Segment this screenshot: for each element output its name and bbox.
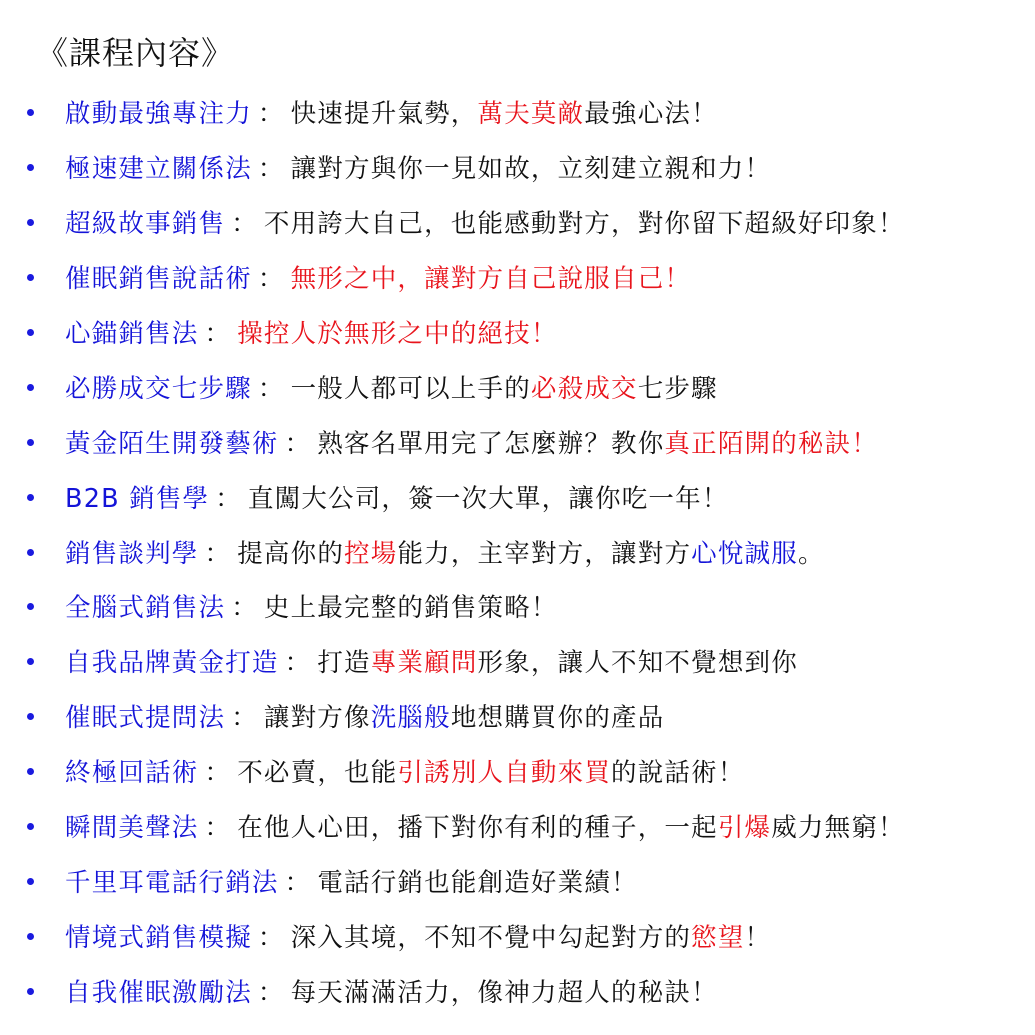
bullet-icon — [27, 219, 34, 226]
title-separator: ： — [252, 154, 291, 184]
title-separator: ： — [225, 593, 264, 623]
title-separator: ： — [252, 374, 291, 404]
course-title: 催眠銷售說話術 — [65, 264, 252, 294]
title-separator: ： — [199, 319, 238, 349]
description-text: 。 — [798, 539, 825, 569]
description-text: 地想購買你的產品 — [451, 703, 665, 733]
bullet-icon — [27, 384, 34, 391]
title-separator: ： — [252, 264, 291, 294]
course-item-text: 銷售談判學：提高你的控場能力，主宰對方，讓對方心悅誠服。 — [65, 534, 825, 570]
course-item-text: 啟動最強專注力：快速提升氣勢，萬夫莫敵最強心法！ — [65, 94, 718, 130]
description-text: 讓對方與你一見如故，立刻建立親和力！ — [291, 154, 772, 184]
description-text: 一般人都可以上手的 — [291, 374, 531, 404]
title-separator: ： — [199, 758, 238, 788]
title-separator: ： — [199, 813, 238, 843]
bullet-icon — [27, 933, 34, 940]
course-title: 銷售談判學 — [65, 539, 199, 569]
description-text: ！ — [745, 923, 772, 953]
bullet-icon — [27, 823, 34, 830]
course-item-text: 黃金陌生開發藝術：熟客名單用完了怎麼辦？教你真正陌開的秘訣！ — [65, 424, 878, 460]
description-text: 的說話術！ — [611, 758, 745, 788]
bullet-icon — [27, 658, 34, 665]
course-title: 心錨銷售法 — [65, 319, 199, 349]
page-heading: 《課程內容》 — [36, 28, 234, 78]
highlighted-text: 專業顧問 — [371, 648, 478, 678]
description-text: 深入其境，不知不覺中勾起對方的 — [291, 923, 692, 953]
description-text: 史上最完整的銷售策略！ — [264, 593, 558, 623]
bullet-icon — [27, 109, 34, 116]
course-item-text: 極速建立關係法：讓對方與你一見如故，立刻建立親和力！ — [65, 149, 771, 185]
highlighted-text: 必殺成交 — [531, 374, 638, 404]
description-text: 打造 — [317, 648, 370, 678]
description-text: 提高你的 — [237, 539, 344, 569]
title-separator: ： — [252, 923, 291, 953]
title-separator: ： — [209, 484, 248, 514]
title-separator: ： — [225, 703, 264, 733]
highlighted-text: 慾望 — [691, 923, 744, 953]
course-item-text: 全腦式銷售法：史上最完整的銷售策略！ — [65, 588, 558, 624]
highlighted-text: 萬夫莫敵 — [478, 99, 585, 129]
description-text: 讓對方像 — [264, 703, 371, 733]
bullet-icon — [27, 494, 34, 501]
title-separator: ： — [279, 429, 318, 459]
course-title: B2B 銷售學 — [65, 484, 209, 514]
course-title: 全腦式銷售法 — [65, 593, 225, 623]
course-title: 必勝成交七步驟 — [65, 374, 252, 404]
course-title: 終極回話術 — [65, 758, 199, 788]
course-item-text: 千里耳電話行銷法：電話行銷也能創造好業績！ — [65, 863, 638, 899]
course-title: 自我品牌黃金打造 — [65, 648, 279, 678]
description-text: 最強心法！ — [584, 99, 718, 129]
description-text: 七步驟 — [638, 374, 718, 404]
highlighted-text: 引誘別人自動來買 — [397, 758, 611, 788]
bullet-icon — [27, 439, 34, 446]
bullet-icon — [27, 164, 34, 171]
bullet-icon — [27, 603, 34, 610]
title-separator: ： — [252, 99, 291, 129]
course-item-text: 催眠式提問法：讓對方像洗腦般地想購買你的產品 — [65, 698, 664, 734]
title-separator: ： — [225, 209, 264, 239]
title-separator: ： — [279, 648, 318, 678]
course-title: 瞬間美聲法 — [65, 813, 199, 843]
highlighted-text: 控場 — [344, 539, 397, 569]
bullet-icon — [27, 988, 34, 995]
course-item-text: 催眠銷售說話術：無形之中，讓對方自己說服自己！ — [65, 259, 691, 295]
description-text: 直闖大公司，簽一次大單，讓你吃一年！ — [248, 484, 729, 514]
description-text: 不必賣，也能 — [237, 758, 397, 788]
bullet-icon — [27, 878, 34, 885]
description-text: 威力無窮！ — [771, 813, 905, 843]
course-title: 超級故事銷售 — [65, 209, 225, 239]
course-title: 自我催眠激勵法 — [65, 978, 252, 1008]
course-title: 千里耳電話行銷法 — [65, 868, 279, 898]
highlighted-text: 無形之中，讓對方自己說服自己！ — [291, 264, 692, 294]
course-title: 極速建立關係法 — [65, 154, 252, 184]
highlighted-text: 心悅誠服 — [691, 539, 798, 569]
description-text: 快速提升氣勢， — [291, 99, 478, 129]
course-title: 啟動最強專注力 — [65, 99, 252, 129]
highlighted-text: 洗腦般 — [371, 703, 451, 733]
highlighted-text: 引爆 — [718, 813, 771, 843]
course-item-text: 情境式銷售模擬：深入其境，不知不覺中勾起對方的慾望！ — [65, 918, 771, 954]
bullet-icon — [27, 713, 34, 720]
description-text: 在他人心田，播下對你有利的種子，一起 — [237, 813, 718, 843]
title-separator: ： — [199, 539, 238, 569]
course-title: 情境式銷售模擬 — [65, 923, 252, 953]
course-item-text: 自我品牌黃金打造：打造專業顧問形象，讓人不知不覺想到你 — [65, 643, 798, 679]
course-item-text: 自我催眠激勵法：每天滿滿活力，像神力超人的秘訣！ — [65, 973, 718, 1009]
title-separator: ： — [279, 868, 318, 898]
bullet-icon — [27, 329, 34, 336]
title-separator: ： — [252, 978, 291, 1008]
course-title: 黃金陌生開發藝術 — [65, 429, 279, 459]
course-title: 催眠式提問法 — [65, 703, 225, 733]
bullet-icon — [27, 549, 34, 556]
description-text: 電話行銷也能創造好業績！ — [317, 868, 637, 898]
highlighted-text: 真正陌開的秘訣！ — [664, 429, 878, 459]
description-text: 形象，讓人不知不覺想到你 — [478, 648, 798, 678]
description-text: 不用誇大自己，也能感動對方，對你留下超級好印象！ — [264, 209, 905, 239]
course-item-text: 終極回話術：不必賣，也能引誘別人自動來買的說話術！ — [65, 753, 745, 789]
course-item-text: 心錨銷售法：操控人於無形之中的絕技！ — [65, 314, 558, 350]
highlighted-text: 操控人於無形之中的絕技！ — [237, 319, 557, 349]
description-text: 能力，主宰對方，讓對方 — [397, 539, 691, 569]
course-item-text: 超級故事銷售：不用誇大自己，也能感動對方，對你留下超級好印象！ — [65, 204, 905, 240]
course-item-text: 瞬間美聲法：在他人心田，播下對你有利的種子，一起引爆威力無窮！ — [65, 808, 905, 844]
bullet-icon — [27, 274, 34, 281]
description-text: 熟客名單用完了怎麼辦？教你 — [317, 429, 664, 459]
bullet-icon — [27, 768, 34, 775]
course-item-text: B2B 銷售學：直闖大公司，簽一次大單，讓你吃一年！ — [65, 479, 729, 515]
description-text: 每天滿滿活力，像神力超人的秘訣！ — [291, 978, 718, 1008]
course-item-text: 必勝成交七步驟：一般人都可以上手的必殺成交七步驟 — [65, 369, 718, 405]
